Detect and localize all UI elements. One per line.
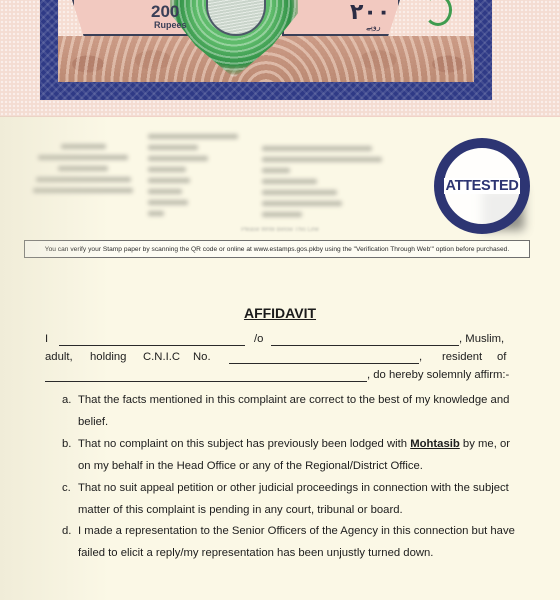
affirmation-item-c: c. That no suit appeal petition or other… [62,477,522,521]
stamp-amount: 200 [151,4,179,20]
item-line-2: failed to elicit a reply/my representati… [78,542,530,564]
item-marker: c. [62,477,71,499]
item-line-1: I made a representation to the Senior Of… [78,520,530,542]
affirmation-item-d: d. I made a representation to the Senior… [62,520,522,564]
item-marker: a. [62,389,71,411]
item-text: That no suit appeal petition or other ju… [78,477,530,521]
stamp-amount-urdu: ۲۰۰ [350,2,390,24]
stamp-amount-label: Rupees [154,20,187,30]
stamp-details-labels-blurred [148,128,248,222]
green-flourish-right-icon [424,0,452,26]
item-line-2: matter of this complaint is pending in a… [78,499,530,521]
affirmation-item-b: b. That no complaint on this subject has… [62,433,522,477]
item-line-2: belief. [78,411,530,433]
word-no: No. [193,351,211,363]
attested-badge: ATTESTED [434,138,530,234]
intro-line-1: I /o , Muslim, [45,333,508,349]
stamp-paper-header: 200 Rupees ۲۰۰ روپے [0,0,560,117]
affirmation-item-a: a. That the facts mentioned in this comp… [62,389,522,433]
verification-notice: You can verify your Stamp paper by scann… [45,246,509,253]
name-blank-field[interactable] [59,345,245,346]
cnic-blank-field[interactable] [229,363,419,364]
mohtasib-emphasis: Mohtasib [410,438,460,450]
intro-pronoun: I [45,333,48,345]
item-text-before: That no complaint on this subject has pr… [78,438,410,450]
word-adult: adult, [45,351,73,363]
word-holding: holding [90,351,126,363]
item-text-after: by me, or [460,438,510,450]
affirm-text: , do hereby solemnly affirm:- [367,369,509,381]
write-below-note: Please Write Below This Line [0,227,560,233]
father-name-blank-field[interactable] [271,345,459,346]
vendor-info-blurred [28,138,138,199]
item-line-1: That the facts mentioned in this complai… [78,389,530,411]
intro-line-3: , do hereby solemnly affirm:- [45,369,508,385]
relation-label: /o [254,333,263,345]
attested-label: ATTESTED [444,178,519,194]
stamp-details-values-blurred [262,140,392,223]
item-text: I made a representation to the Senior Of… [78,520,530,564]
item-line-1: That no complaint on this subject has pr… [78,433,530,455]
item-text: That no complaint on this subject has pr… [78,433,530,477]
address-blank-field[interactable] [45,381,367,382]
religion-label: , Muslim, [459,333,504,345]
verification-notice-box: You can verify your Stamp paper by scann… [24,240,530,258]
item-marker: d. [62,520,71,542]
word-cnic: C.N.I.C [143,351,180,363]
affidavit-title: AFFIDAVIT [0,305,560,321]
intro-line-2: adult, holding C.N.I.C No. , resident of [45,351,508,367]
word-resident: resident [442,351,482,363]
item-line-2: on my behalf in the Head Office or any o… [78,455,530,477]
comma: , [419,351,422,363]
item-text: That the facts mentioned in this complai… [78,389,530,433]
item-line-1: That no suit appeal petition or other ju… [78,477,530,499]
stamp-amount-urdu-label: روپے [366,22,381,31]
word-of: of [497,351,506,363]
item-marker: b. [62,433,71,455]
